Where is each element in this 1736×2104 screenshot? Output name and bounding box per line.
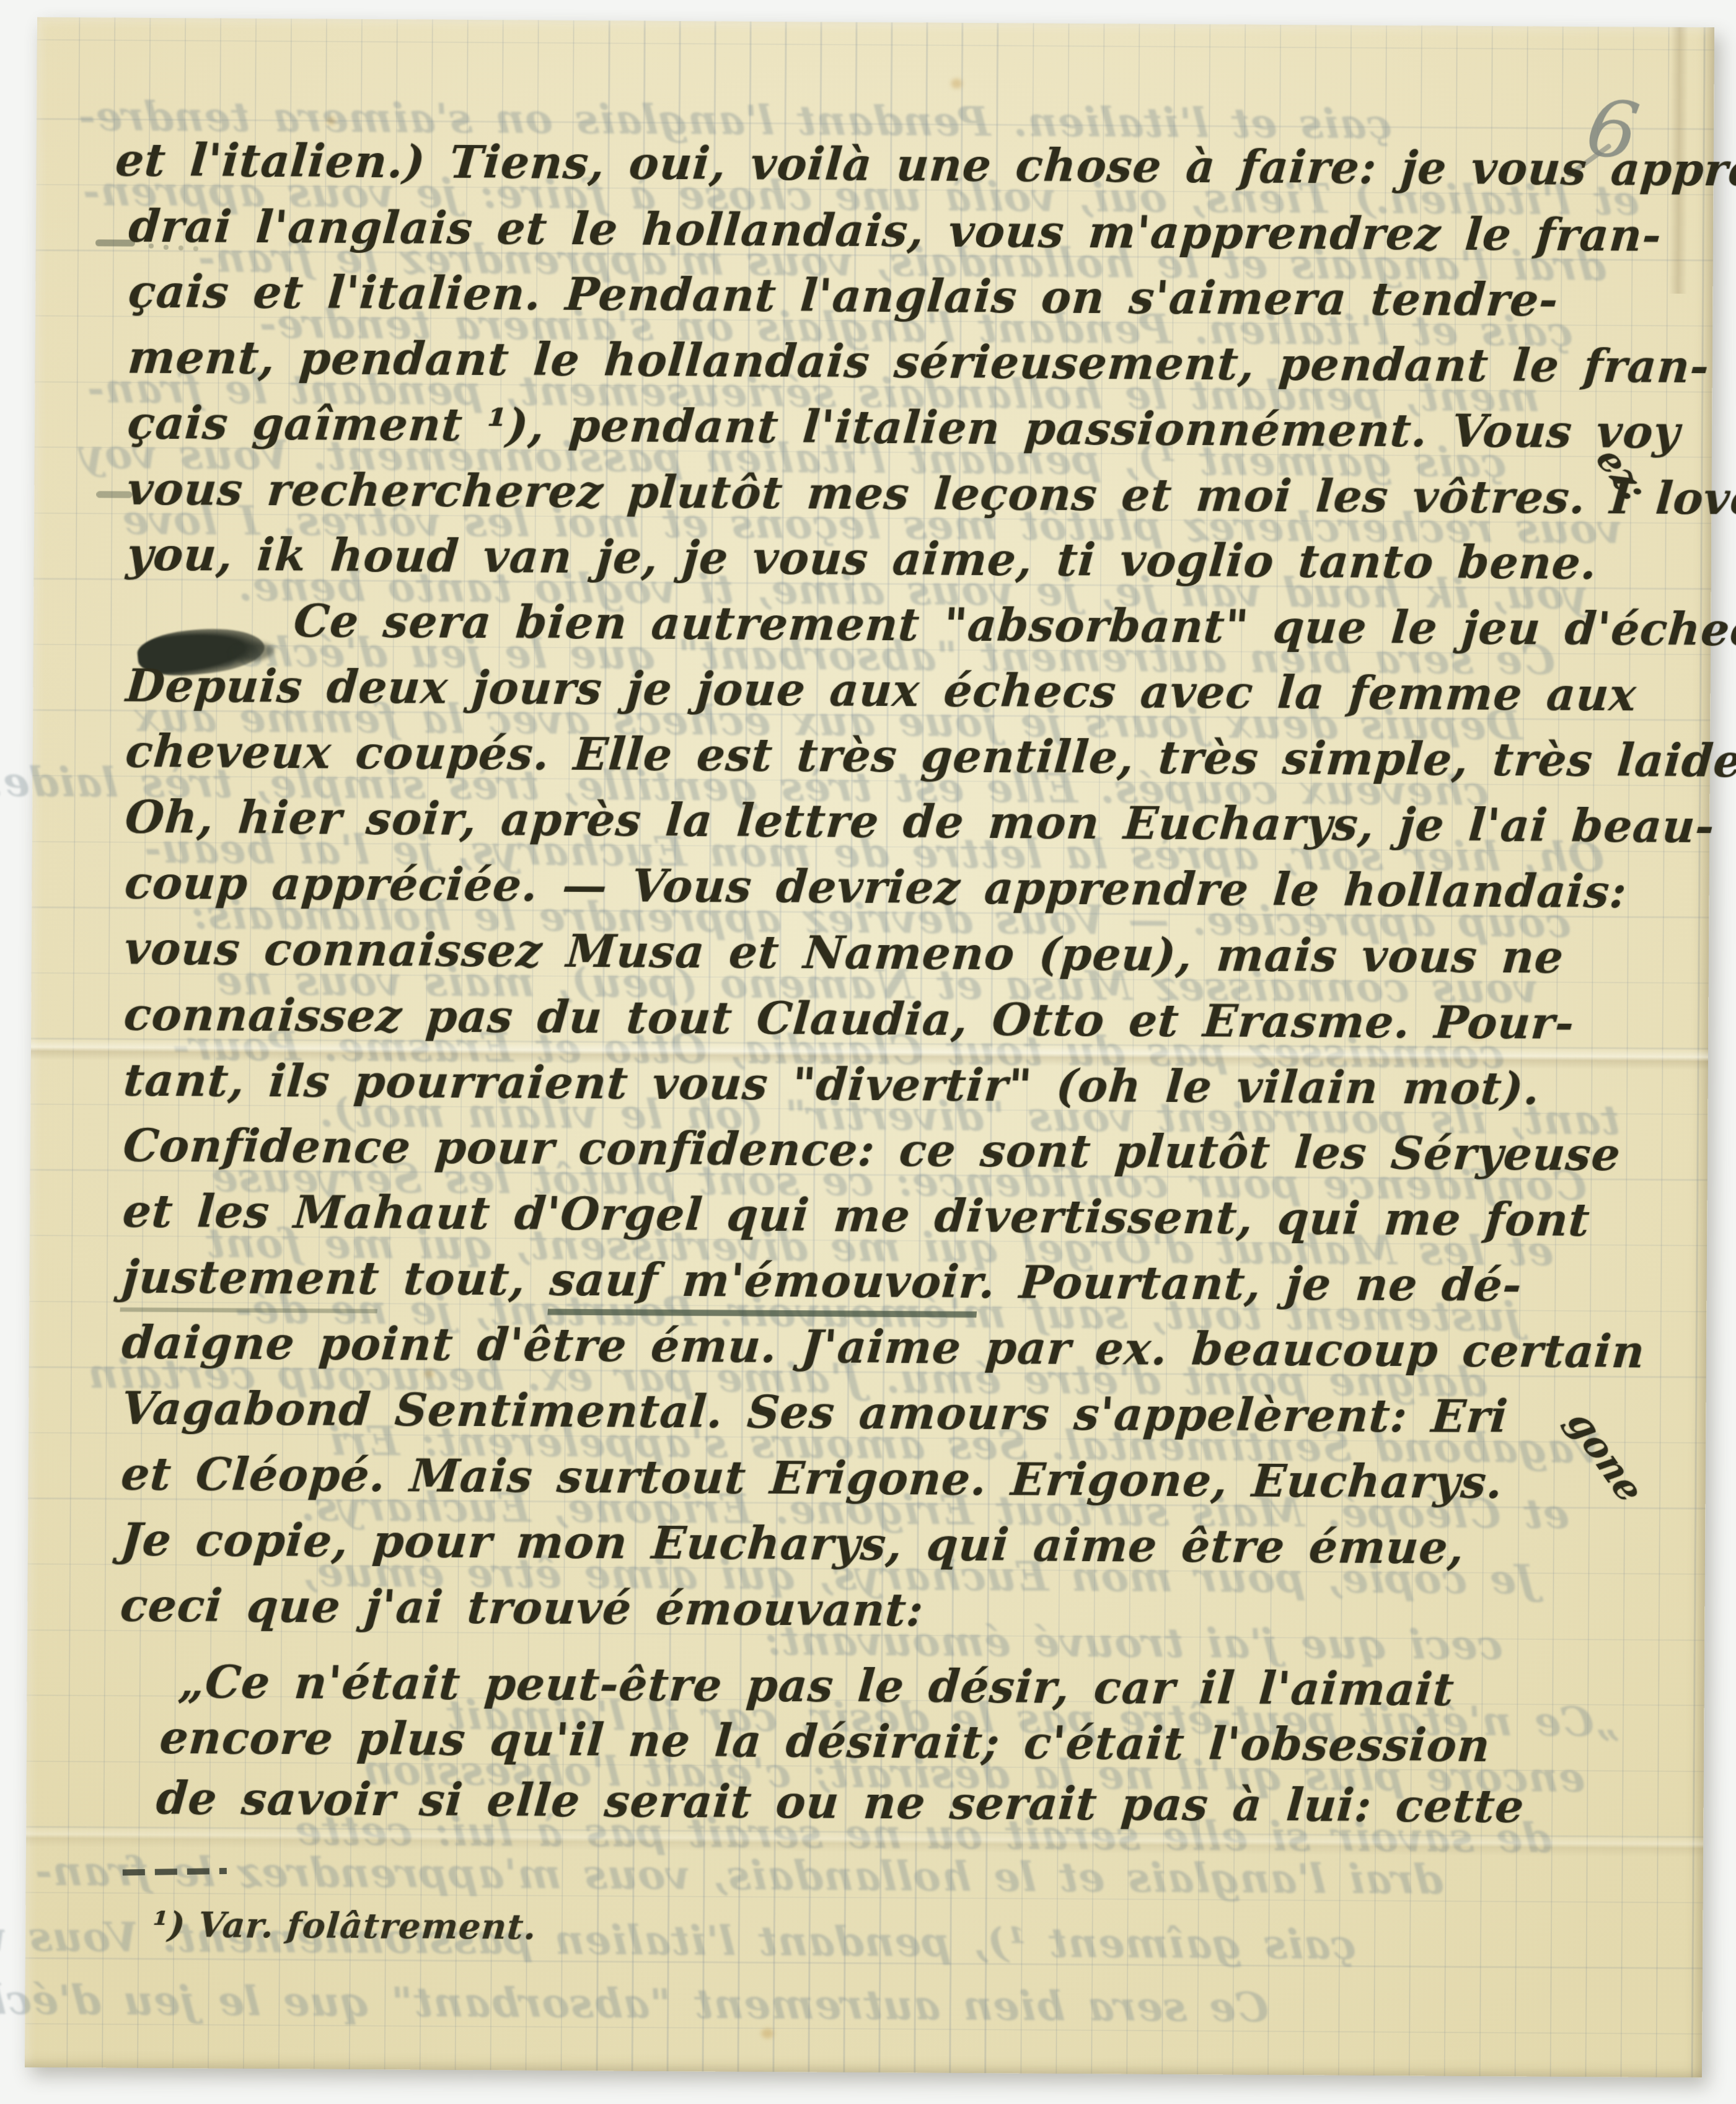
letter-line: coup appréciée. — Vous devriez apprendre…	[123, 856, 1629, 918]
letter-line: vous connaissez Musa et Nameno (peu), ma…	[123, 922, 1566, 984]
age-stain	[425, 1370, 434, 1378]
letter-line: Depuis deux jours je joue aux échecs ave…	[124, 659, 1638, 721]
age-stain	[761, 2028, 773, 2038]
letter-line: et l'italien.) Tiens, oui, voilà une cho…	[113, 134, 1736, 197]
letter-line: drai l'anglais et le hollandais, vous m'…	[127, 200, 1663, 262]
underlined-phrase: sauf m'émouvoir	[547, 1253, 981, 1318]
letter-line: ceci que j'ai trouvé émouvant:	[118, 1579, 925, 1637]
letter-line: Vagabond Sentimental. Ses amours s'appel…	[120, 1382, 1510, 1443]
letter-line: „Ce n'était peut-être pas le désir, car …	[177, 1655, 1456, 1716]
letter-line: tant, ils pourraient vous "divertir" (oh…	[121, 1054, 1541, 1115]
letter-line: çais gaîment ¹), pendant l'italien passi…	[126, 397, 1682, 459]
letter-line: Je copie, pour mon Eucharys, qui aime êt…	[119, 1513, 1466, 1574]
letter-line: Ce sera bien autrement "absorbant" que l…	[292, 594, 1736, 656]
letter-line: justement tout, sauf m'émouvoir. Pourtan…	[120, 1251, 1523, 1312]
letter-line: de savoir si elle serait ou ne serait pa…	[154, 1772, 1526, 1833]
age-stain	[951, 79, 962, 89]
letter-line: et les Mahaut d'Orgel qui me divertissen…	[121, 1185, 1592, 1246]
letter-line: Confidence pour confidence: ce sont plut…	[121, 1119, 1623, 1181]
age-stain	[327, 117, 335, 125]
bleedthrough-ghost-line: drai l'anglais et le hollandais, vous m'…	[33, 1847, 1444, 1904]
letter-line: Oh, hier soir, après la lettre de mon Eu…	[123, 791, 1717, 853]
letter-line: çais et l'italien. Pendant l'anglais on …	[126, 265, 1560, 327]
letter-line: connaissez pas du tout Claudia, Otto et …	[122, 988, 1576, 1049]
letter-body-text: et l'italien.) Tiens, oui, voilà une cho…	[37, 17, 1714, 28]
letter-line: daigne point d'être ému. J'aime par ex. …	[120, 1316, 1647, 1378]
scanned-letter-page: et l'italien.) Tiens, oui, voilà une cho…	[0, 0, 1736, 2104]
underlined-word: justement	[120, 1251, 381, 1313]
letter-line: ment, pendant le hollandais sérieusement…	[126, 331, 1712, 394]
line-wrap-fragment: gone	[1558, 1404, 1652, 1510]
letter-line: you, ik houd van je, je vous aime, ti vo…	[125, 528, 1600, 589]
letter-paper-sheet: et l'italien.) Tiens, oui, voilà une cho…	[25, 17, 1714, 2077]
letter-footnote: ¹) Var. folâtrement.	[151, 1904, 538, 1948]
bleedthrough-ghost-line: Ce sera bien autrement "absorbant" que l…	[0, 1974, 1270, 2031]
letter-line: encore plus qu'il ne la désirait; c'étai…	[158, 1711, 1492, 1772]
letter-line: et Cléopé. Mais surtout Erigone. Erigone…	[120, 1448, 1505, 1509]
letter-line: cheveux coupés. Elle est très gentille, …	[124, 725, 1736, 788]
letter-line: vous rechercherez plutôt mes leçons et m…	[125, 462, 1736, 525]
strikethrough-dashes-mark	[123, 1868, 227, 1875]
